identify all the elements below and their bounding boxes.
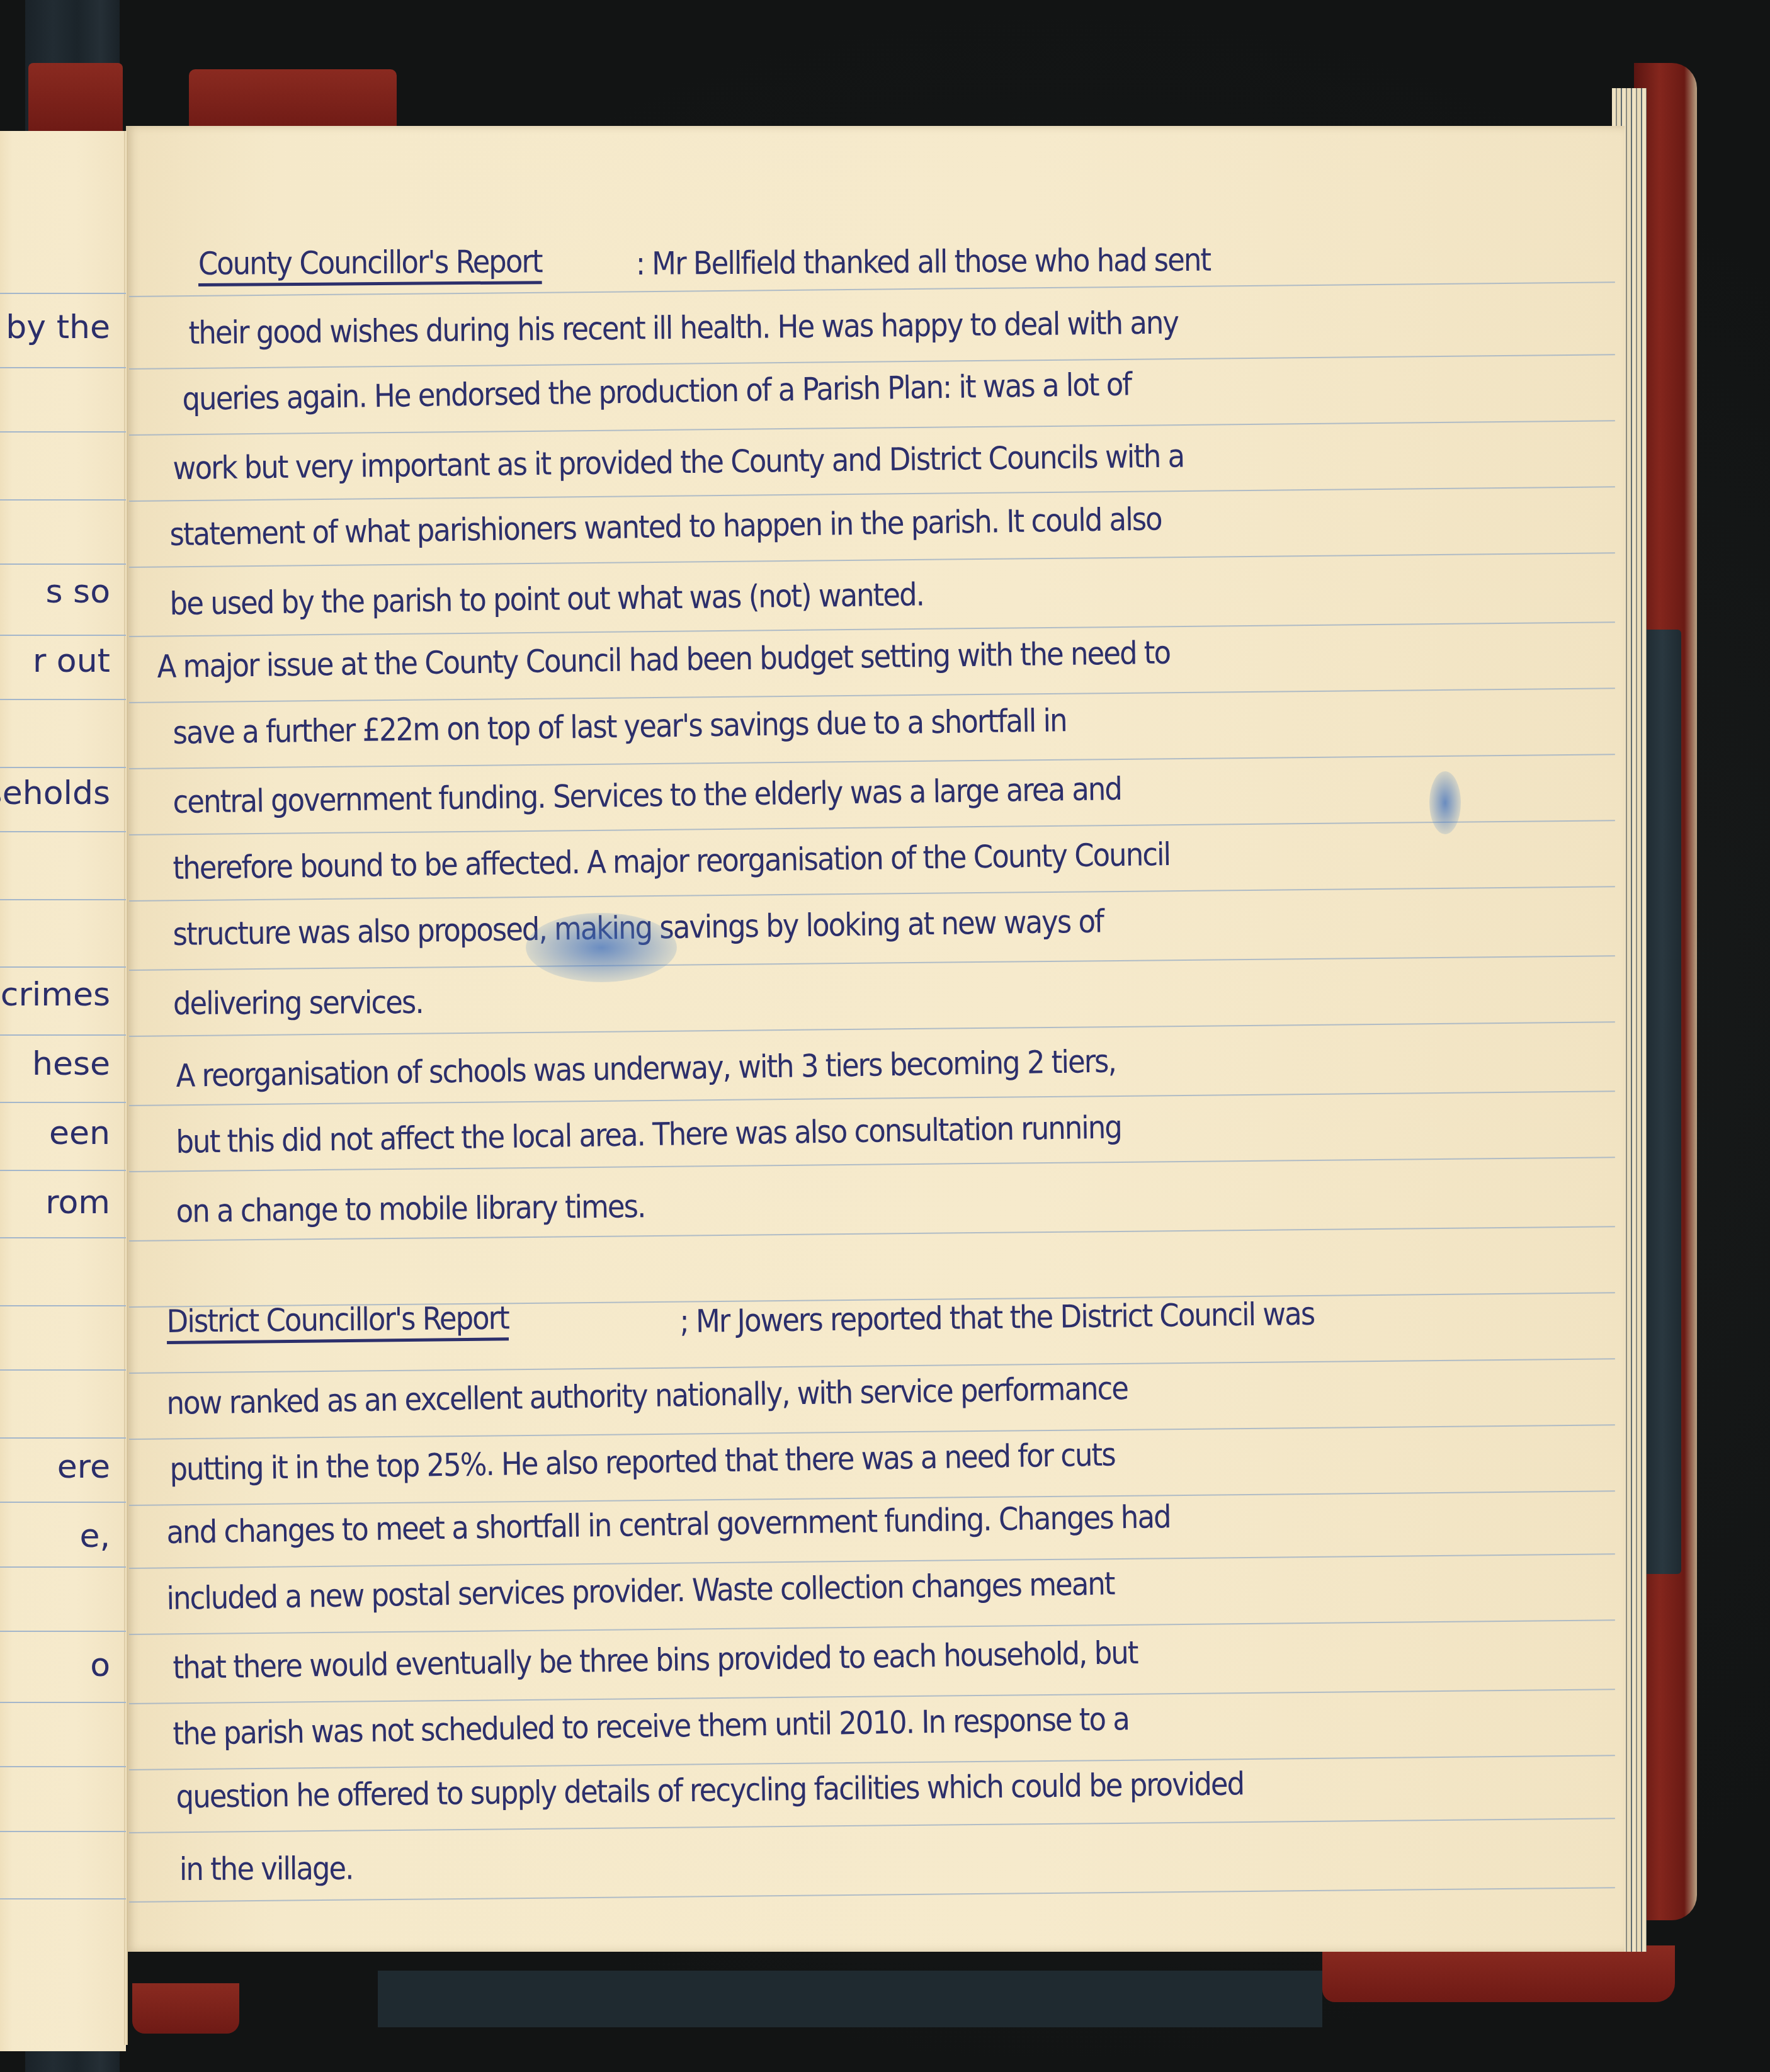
left-page-ruled-line — [0, 293, 126, 294]
left-page-ruled-line — [0, 966, 126, 968]
left-page-ruled-line — [0, 767, 126, 768]
left-page-fragment: rom — [45, 1184, 110, 1221]
cover-corner-bottom-right — [1322, 1945, 1675, 2002]
left-page-ruled-line — [0, 1631, 126, 1632]
left-page-fragment: seholds — [0, 774, 110, 812]
district-report-heading-line: District Councillor's Report — [166, 1299, 509, 1340]
left-page-ruled-line — [0, 1502, 126, 1503]
left-page-ruled-line — [0, 899, 126, 900]
left-page-ruled-line — [0, 831, 126, 832]
left-page-ruled-line — [0, 1702, 126, 1703]
left-page-ruled-line — [0, 1170, 126, 1171]
left-page-fragment: d by the — [0, 309, 110, 346]
left-page-ruled-line — [0, 1237, 126, 1238]
left-page-ruled-line — [0, 1102, 126, 1103]
ink-blot-area — [1429, 771, 1461, 834]
left-page-ruled-line — [0, 635, 126, 636]
left-page-fragment: o — [90, 1646, 110, 1684]
left-page-ruled-line — [0, 1369, 126, 1371]
cover-edge-top — [189, 69, 397, 132]
left-page-fragment: ere — [57, 1448, 110, 1486]
county-report-schools-line: on a change to mobile library times. — [176, 1188, 645, 1230]
district-report-line: in the village. — [179, 1850, 353, 1888]
county-report-heading: County Councillor's Report — [198, 243, 542, 282]
county-report-heading-line: County Councillor's Report — [198, 243, 542, 282]
left-page-ruled-line — [0, 499, 126, 501]
county-report-line: : Mr Bellfield thanked all those who had… — [636, 242, 1211, 282]
cover-cloth-right — [1643, 630, 1681, 1574]
left-page-ruled-line — [0, 563, 126, 565]
district-report-line: ; Mr Jowers reported that the District C… — [679, 1296, 1314, 1340]
left-page-fragment: r out — [33, 642, 110, 680]
left-page-ruled-line — [0, 699, 126, 700]
left-page-fragment: crimes — [1, 976, 110, 1014]
left-page-ruled-line — [0, 1437, 126, 1439]
left-page-ruled-line — [0, 1766, 126, 1767]
left-page-fragment: s so — [45, 573, 110, 611]
county-report-budget-line: delivering services. — [173, 984, 423, 1022]
left-page-ruled-line — [0, 367, 126, 368]
left-page-fragment: een — [49, 1114, 110, 1152]
ink-blot-proposed — [526, 913, 677, 982]
cover-corner-top-left — [28, 63, 123, 132]
left-page-ruled-line — [0, 1898, 126, 1899]
district-report-heading: District Councillor's Report — [166, 1299, 509, 1340]
left-page-ruled-line — [0, 1831, 126, 1832]
left-page-ruled-line — [0, 431, 126, 433]
left-page-fragment: hese — [32, 1045, 110, 1083]
left-page-ruled-line — [0, 1305, 126, 1306]
left-page-ruled-line — [0, 1034, 126, 1036]
left-page — [0, 131, 126, 2051]
cover-cloth-bottom — [378, 1971, 1322, 2027]
left-page-ruled-line — [0, 1566, 126, 1568]
page-gutter — [124, 131, 128, 2045]
cover-corner-bottom-left — [132, 1983, 239, 2034]
left-page-fragment: e, — [79, 1517, 110, 1555]
